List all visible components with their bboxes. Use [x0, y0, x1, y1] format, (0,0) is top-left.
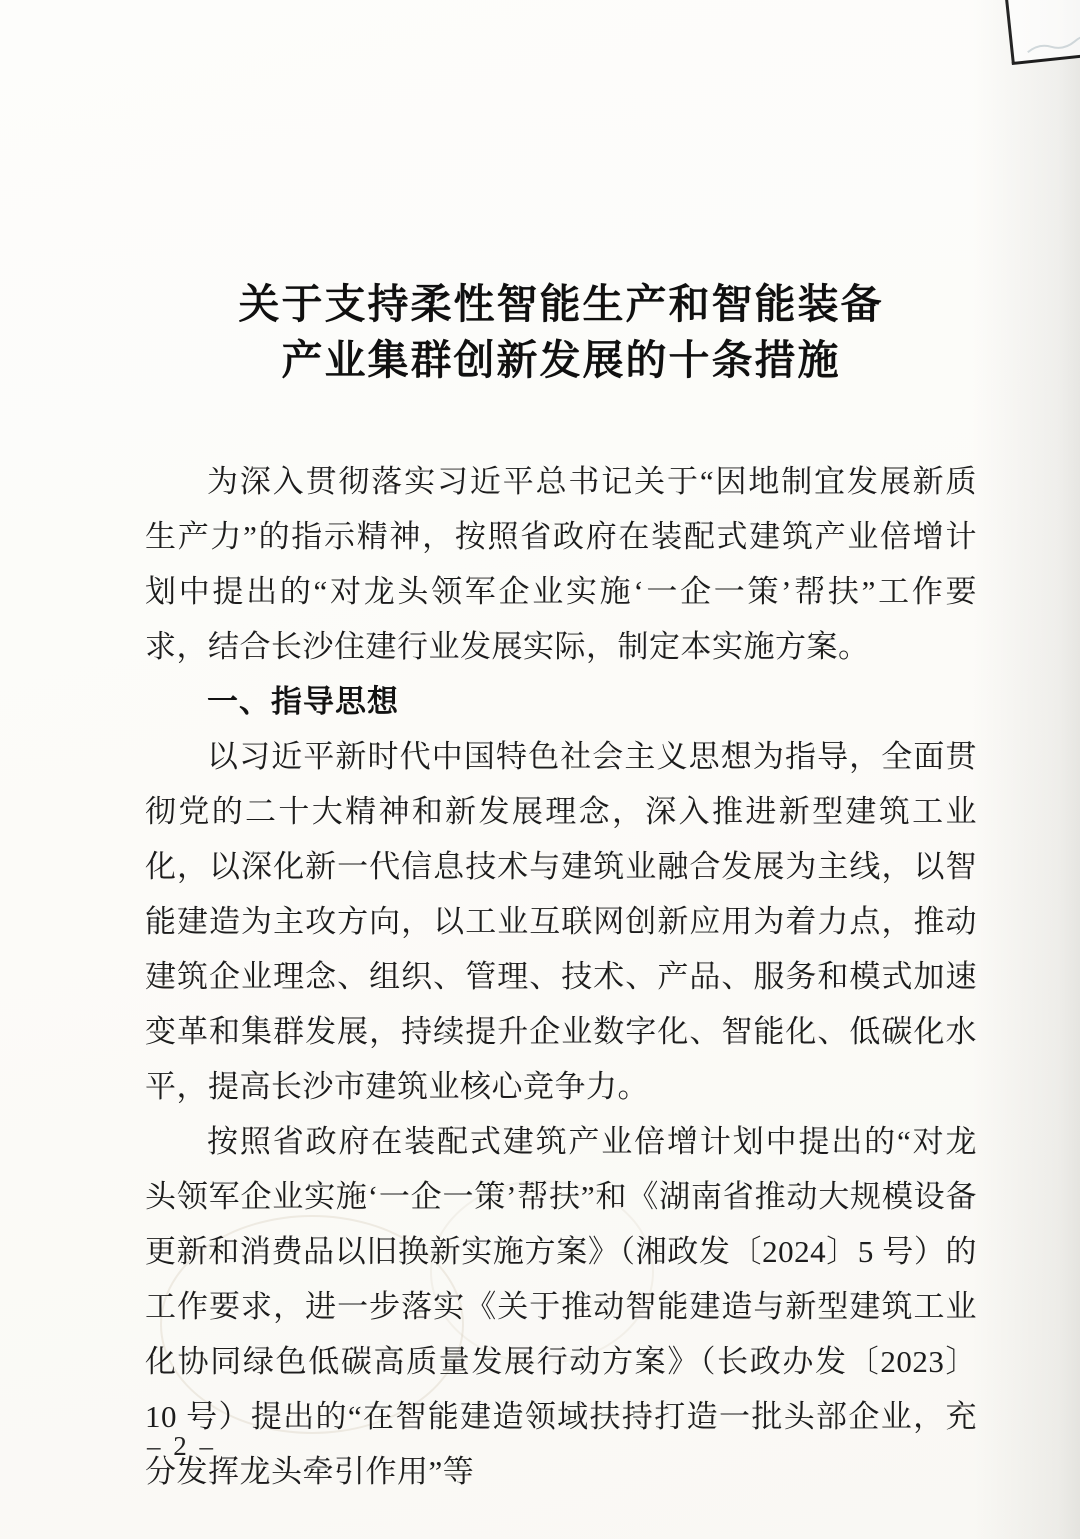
title-line-1: 关于支持柔性智能生产和智能装备	[145, 276, 977, 332]
document-page: 关于支持柔性智能生产和智能装备 产业集群创新发展的十条措施 为深入贯彻落实习近平…	[145, 0, 977, 1499]
title-line-2: 产业集群创新发展的十条措施	[145, 332, 977, 388]
body-paragraph: 按照省政府在装配式建筑产业倍增计划中提出的“对龙头领军企业实施‘一企一策’帮扶”…	[145, 1114, 977, 1499]
scan-corner-artifact	[1003, 0, 1080, 65]
body-paragraph: 以习近平新时代中国特色社会主义思想为指导，全面贯彻党的二十大精神和新发展理念，深…	[145, 729, 977, 1114]
document-body: 为深入贯彻落实习近平总书记关于“因地制宜发展新质生产力”的指示精神，按照省政府在…	[145, 454, 977, 1499]
page-number: – 2 –	[147, 1431, 216, 1462]
document-title: 关于支持柔性智能生产和智能装备 产业集群创新发展的十条措施	[145, 276, 977, 388]
body-paragraph: 为深入贯彻落实习近平总书记关于“因地制宜发展新质生产力”的指示精神，按照省政府在…	[145, 454, 977, 674]
pencil-mark-icon	[1024, 30, 1080, 58]
section-heading: 一、指导思想	[145, 674, 977, 729]
